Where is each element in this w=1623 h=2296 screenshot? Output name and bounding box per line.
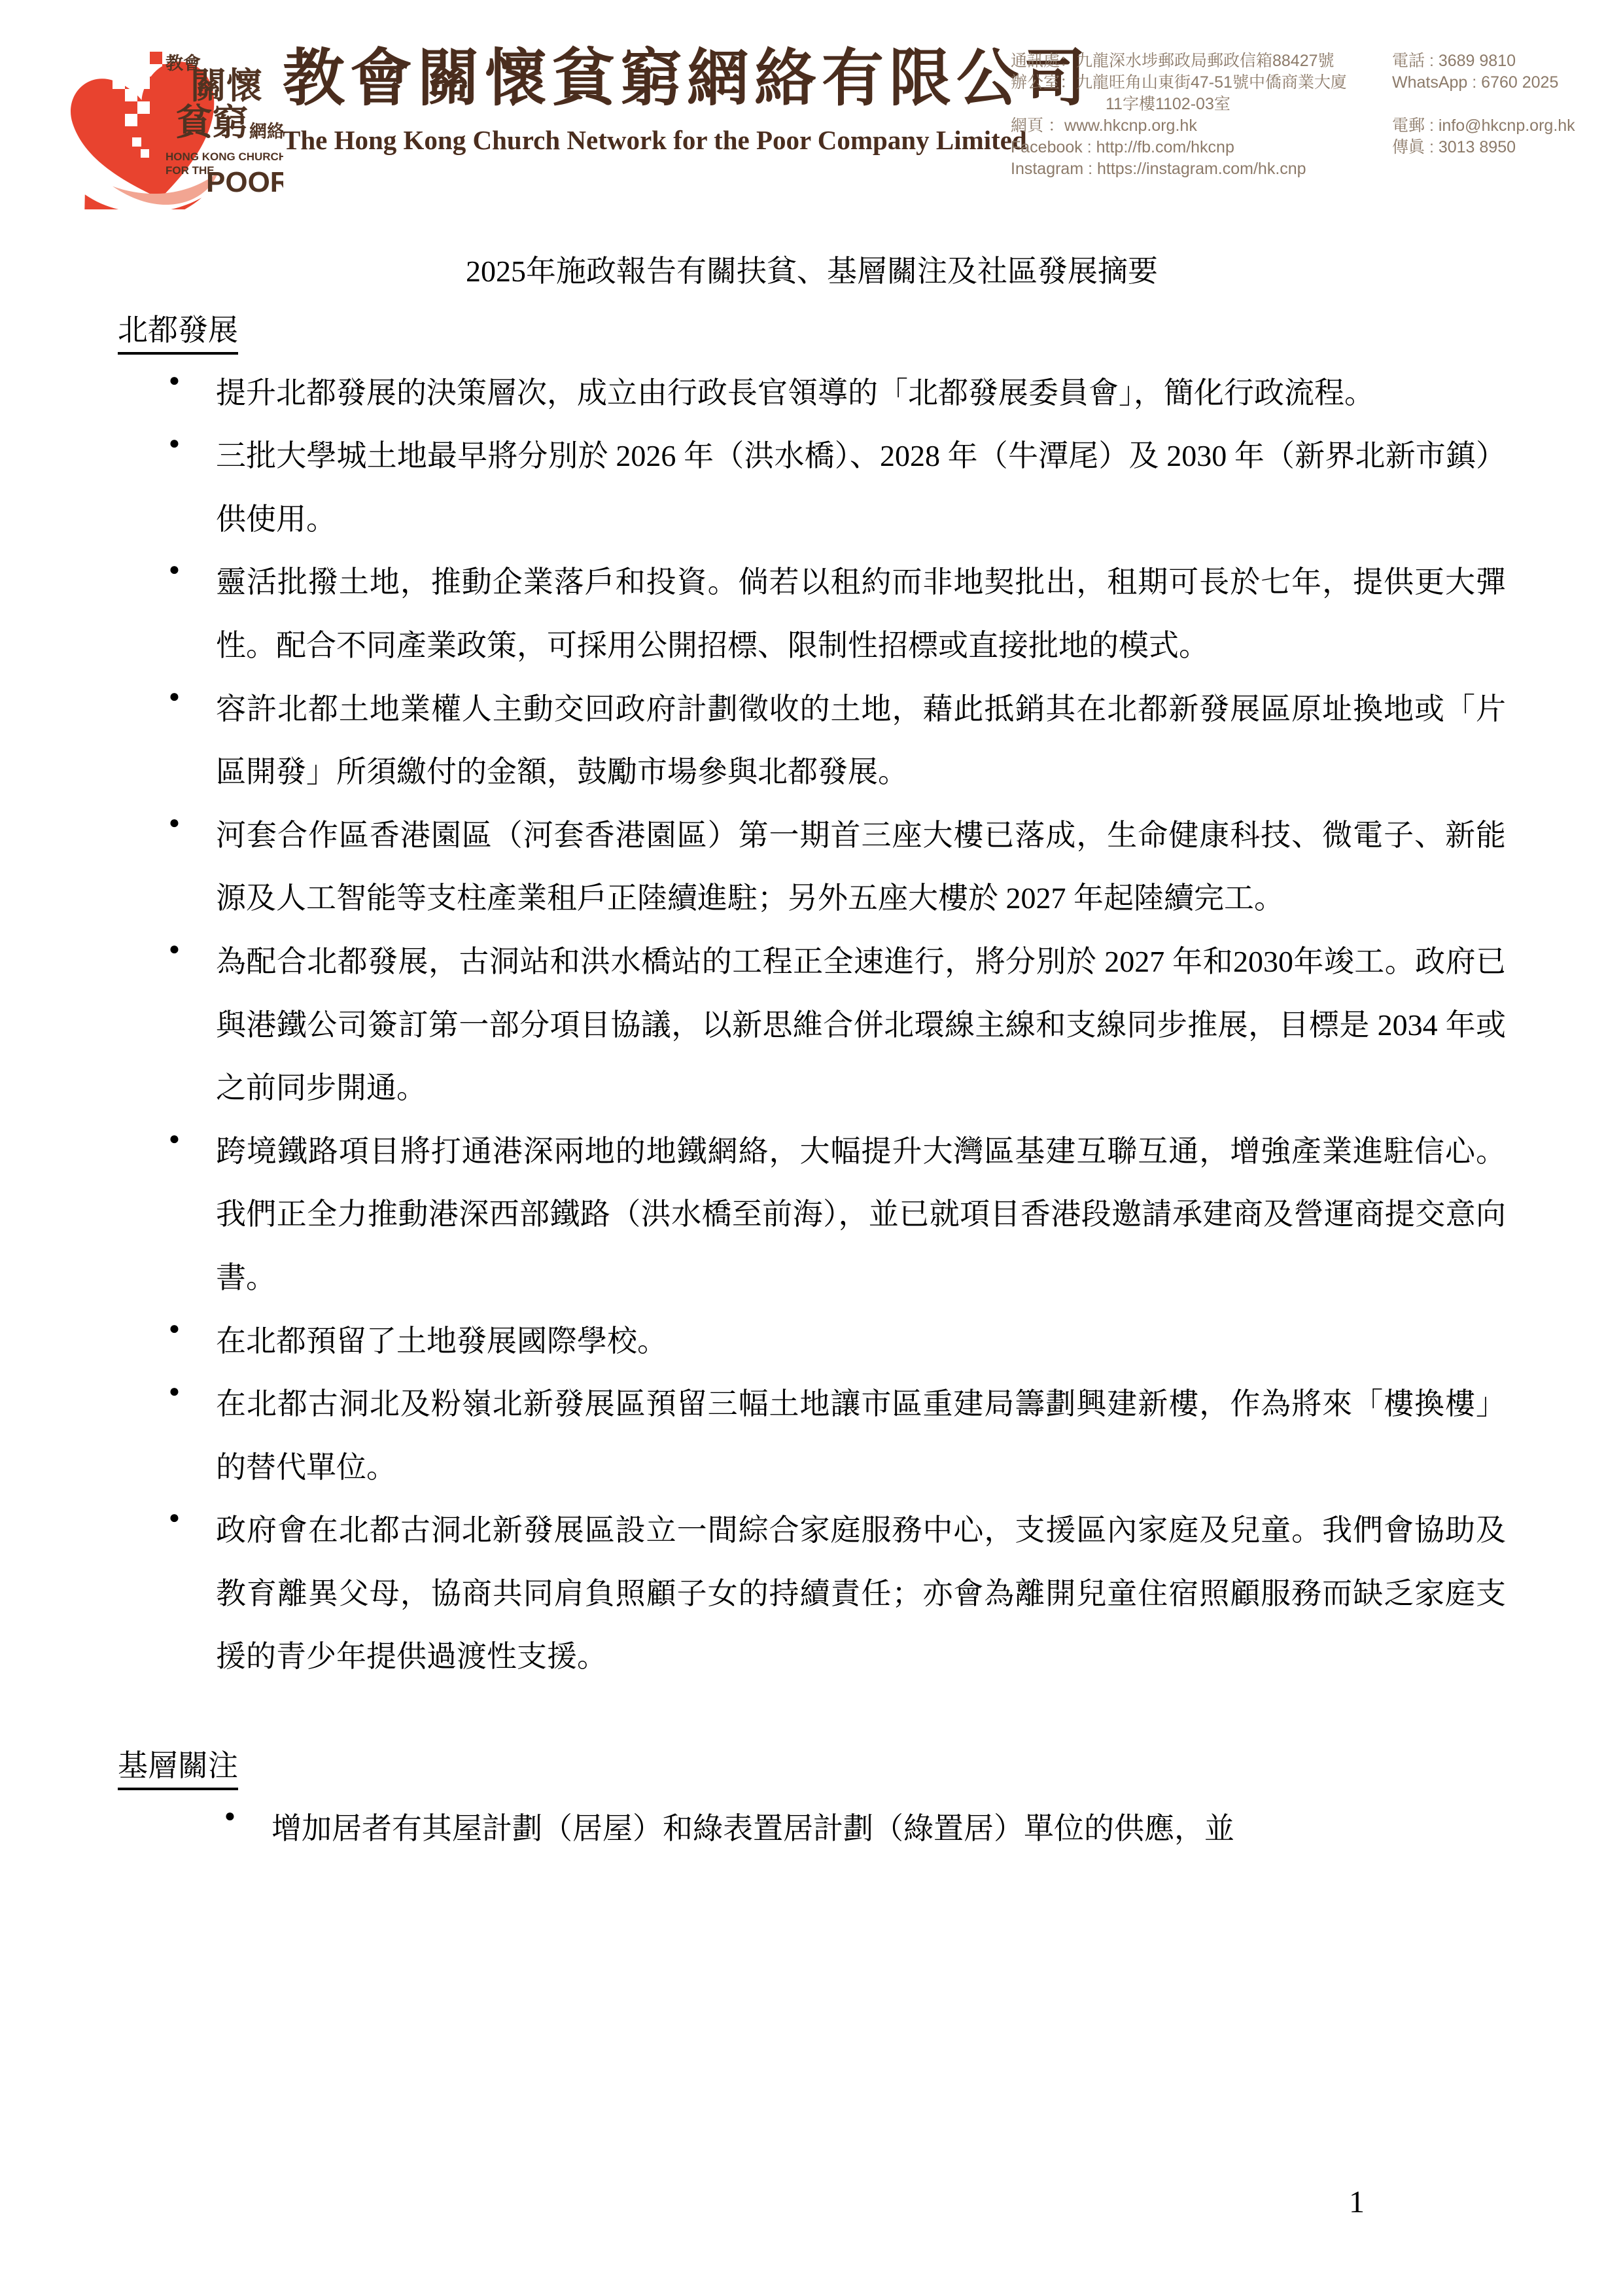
section-heading-text: 基層關注: [118, 1749, 238, 1790]
bullet-item: 容許北都土地業權人主動交回政府計劃徵收的土地，藉此抵銷其在北都新發展區原址換地或…: [216, 678, 1506, 804]
document-title: 2025年施政報告有關扶貧、基層關注及社區發展摘要: [118, 252, 1506, 291]
bullet-item: 靈活批撥土地，推動企業落戶和投資。倘若以租約而非地契批出，租期可長於七年，提供更…: [216, 551, 1506, 677]
bullet-item: 三批大學城土地最早將分別於 2026 年（洪水橋）、2028 年（牛潭尾）及 2…: [216, 425, 1506, 551]
bullet-item: 增加居者有其屋計劃（居屋）和綠表置居計劃（綠置居）單位的供應，並: [271, 1797, 1506, 1861]
bullet-list-grassroots: 增加居者有其屋計劃（居屋）和綠表置居計劃（綠置居）單位的供應，並: [118, 1797, 1506, 1861]
bullet-item: 跨境鐵路項目將打通港深兩地的地鐵網絡，大幅提升大灣區基建互聯互通，增強產業進駐信…: [216, 1120, 1506, 1310]
document-page: 教會 關懷 貧窮 網絡 HONG KONG CHURCH NETWORK FOR…: [0, 0, 1623, 2296]
section-heading-grassroots: 基層關注: [118, 1746, 1506, 1786]
bullet-item: 在北都古洞北及粉嶺北新發展區預留三幅土地讓市區重建局籌劃興建新樓，作為將來「樓換…: [216, 1373, 1506, 1499]
page-number: 1: [1349, 2184, 1365, 2220]
bullet-item: 提升北都發展的決策層次，成立由行政長官領導的「北都發展委員會」，簡化行政流程。: [216, 362, 1506, 425]
bullet-item: 在北都預留了土地發展國際學校。: [216, 1310, 1506, 1373]
bullet-item: 政府會在北都古洞北新發展區設立一間綜合家庭服務中心，支援區內家庭及兒童。我們會協…: [216, 1499, 1506, 1689]
document-body: 2025年施政報告有關扶貧、基層關注及社區發展摘要 北都發展 提升北都發展的決策…: [118, 0, 1506, 1860]
section-heading-text: 北都發展: [118, 313, 238, 355]
bullet-item: 河套合作區香港園區（河套香港園區）第一期首三座大樓已落成，生命健康科技、微電子、…: [216, 804, 1506, 930]
section-heading-north-metropolis: 北都發展: [118, 311, 1506, 350]
bullet-item: 為配合北都發展，古洞站和洪水橋站的工程正全速進行，將分別於 2027 年和203…: [216, 930, 1506, 1120]
bullet-list-north-metropolis: 提升北都發展的決策層次，成立由行政長官領導的「北都發展委員會」，簡化行政流程。 …: [118, 362, 1506, 1689]
